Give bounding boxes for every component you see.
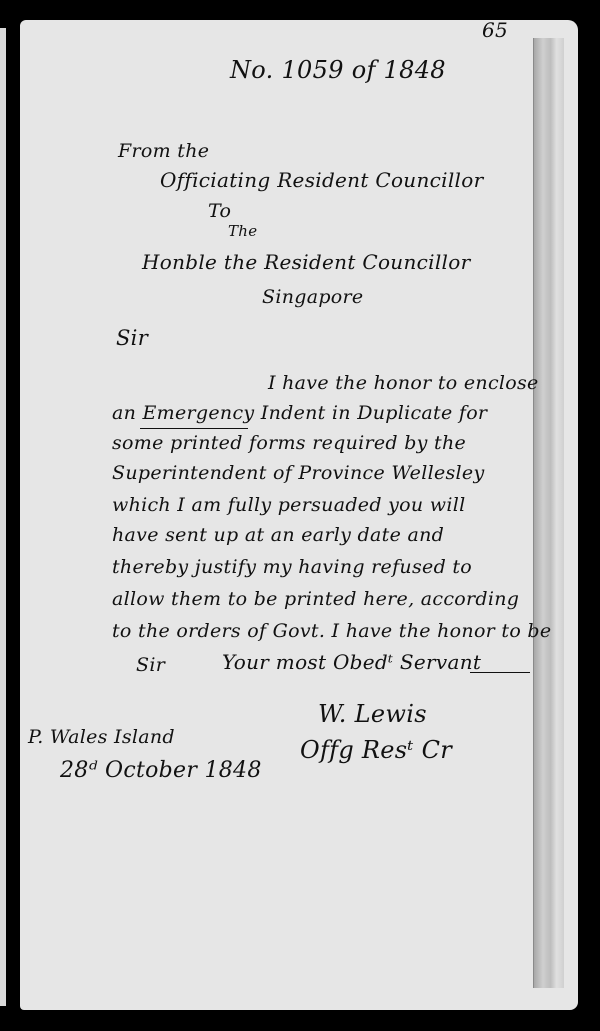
signature-name: W. Lewis bbox=[318, 700, 427, 728]
body-line-2: an Emergency Indent in Duplicate for bbox=[112, 402, 487, 424]
closing-text: Your most Obedᵗ Servant bbox=[222, 650, 481, 674]
body-line-8: allow them to be printed here, according bbox=[112, 588, 519, 610]
body-line-4: Superintendent of Province Wellesley bbox=[112, 462, 485, 484]
closing-flourish bbox=[470, 672, 530, 673]
place-of-writing: P. Wales Island bbox=[28, 726, 175, 748]
body-line-9: to the orders of Govt. I have the honor … bbox=[112, 620, 551, 642]
signature-title: Offg Resᵗ Cr bbox=[300, 736, 452, 764]
body-line-2-text: an Emergency Indent in Duplicate for bbox=[112, 402, 487, 424]
body-line-7: thereby justify my having refused to bbox=[112, 556, 472, 578]
letter-date: 28ᵈ October 1848 bbox=[60, 758, 262, 783]
to-line: To bbox=[208, 200, 231, 222]
body-line-3: some printed forms required by the bbox=[112, 432, 466, 454]
from-title: Officiating Resident Councillor bbox=[160, 168, 483, 192]
to-title: Honble the Resident Councillor bbox=[142, 250, 470, 274]
body-line-5: which I am fully persuaded you will bbox=[112, 494, 465, 516]
body-line-6: have sent up at an early date and bbox=[112, 524, 444, 546]
body-line-1: I have the honor to enclose bbox=[268, 372, 539, 394]
closing-sir: Sir bbox=[136, 654, 165, 676]
salutation: Sir bbox=[116, 326, 148, 350]
from-line: From the bbox=[118, 140, 209, 162]
to-place: Singapore bbox=[262, 286, 363, 308]
page-stack-edge bbox=[533, 38, 564, 988]
emergency-underline bbox=[140, 428, 248, 429]
letter-reference: No. 1059 of 1848 bbox=[230, 56, 446, 84]
adjacent-page-edge bbox=[0, 28, 6, 1006]
folio-number: 65 bbox=[482, 18, 508, 42]
to-the: The bbox=[228, 222, 257, 240]
